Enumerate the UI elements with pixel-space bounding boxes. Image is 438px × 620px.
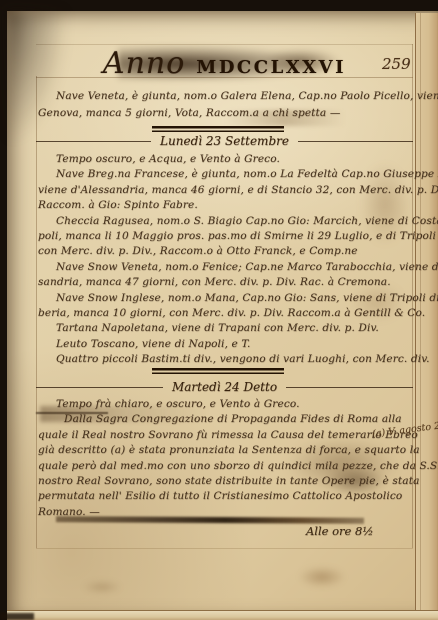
section-martedi-body: Tempo frà chiaro, e oscuro, e Vento à Gr…	[38, 397, 414, 520]
manuscript-line: già descritto (a) è stata pronunziata la…	[38, 443, 414, 458]
manuscript-line: Tempo frà chiaro, e oscuro, e Vento à Gr…	[38, 397, 414, 412]
manuscript-line: Leuto Toscano, viene di Napoli, e T.	[38, 337, 414, 352]
photo-corner-mark	[0, 613, 34, 620]
date-heading-label: Martedì 24 Detto	[172, 380, 277, 394]
manuscript-line: Raccom. à Gio: Spinto Fabre.	[38, 198, 414, 213]
year-heading-script: Anno	[103, 46, 185, 81]
page-number: 259	[382, 55, 411, 73]
manuscript-photo: Anno MDCCLXXVI 259 Nave Veneta, è giunta…	[0, 0, 438, 620]
section-divider	[152, 368, 284, 375]
date-heading-martedi: Martedì 24 Detto	[36, 380, 413, 394]
manuscript-line: viene d'Alessandria, manca 46 giorni, e …	[38, 183, 414, 198]
manuscript-line: Nave Breg.na Francese, è giunta, nom.o L…	[38, 167, 414, 182]
manuscript-line: Romano. —	[38, 505, 414, 520]
manuscript-line: quale però dal med.mo con uno sborzo di …	[38, 459, 414, 474]
manuscript-line: Nave Veneta, è giunta, nom.o Galera Elen…	[38, 88, 414, 105]
year-heading: Anno MDCCLXXVI	[36, 46, 413, 81]
manuscript-line: poli, manca li 10 Maggio pros. pas.mo di…	[38, 229, 414, 244]
section-lunedi-body: Tempo oscuro, e Acqua, e Vento à Greco. …	[38, 152, 414, 368]
manuscript-line: Tempo oscuro, e Acqua, e Vento à Greco.	[38, 152, 414, 167]
manuscript-line: permutata nell' Esilio di tutto il Crist…	[38, 489, 414, 504]
frame-line-top	[36, 44, 413, 45]
intro-entry: Nave Veneta, è giunta, nom.o Galera Elen…	[38, 88, 414, 122]
manuscript-line: con Merc. div. p. Div., Raccom.o à Otto …	[38, 244, 414, 259]
manuscript-line: nostro Real Sovrano, sono state distribu…	[38, 474, 414, 489]
frame-line-bottom	[36, 548, 413, 549]
page-bottom-edge	[7, 610, 438, 620]
date-heading-label: Lunedì 23 Settembre	[160, 134, 289, 148]
manuscript-line: beria, manca 10 giorni, con Merc. div. p…	[38, 306, 414, 321]
manuscript-line: sandria, manca 47 giorni, con Merc. div.…	[38, 275, 414, 290]
manuscript-line: Tartana Napoletana, viene di Trapani con…	[38, 321, 414, 336]
manuscript-line: Dalla Sagra Congregazione di Propaganda …	[38, 412, 414, 427]
section-divider	[152, 126, 284, 133]
manuscript-line: Nave Snow Inglese, nom.o Mana, Cap.no Gi…	[38, 291, 414, 306]
date-heading-lunedi: Lunedì 23 Settembre	[36, 134, 413, 148]
manuscript-line: Genova, manca 5 giorni, Vota, Raccom.a a…	[38, 105, 414, 122]
manuscript-line: Checcia Ragusea, nom.o S. Biagio Cap.no …	[38, 214, 414, 229]
manuscript-line: Quattro piccoli Bastim.ti div., vengono …	[38, 352, 414, 367]
year-heading-roman-numerals: MDCCLXXVI	[196, 57, 346, 78]
manuscript-line: Nave Snow Veneta, nom.o Fenice; Cap.ne M…	[38, 260, 414, 275]
time-annotation: Alle ore 8½	[306, 524, 373, 538]
manuscript-line: quale il Real nostro Sovrano fù rimessa …	[38, 428, 414, 443]
